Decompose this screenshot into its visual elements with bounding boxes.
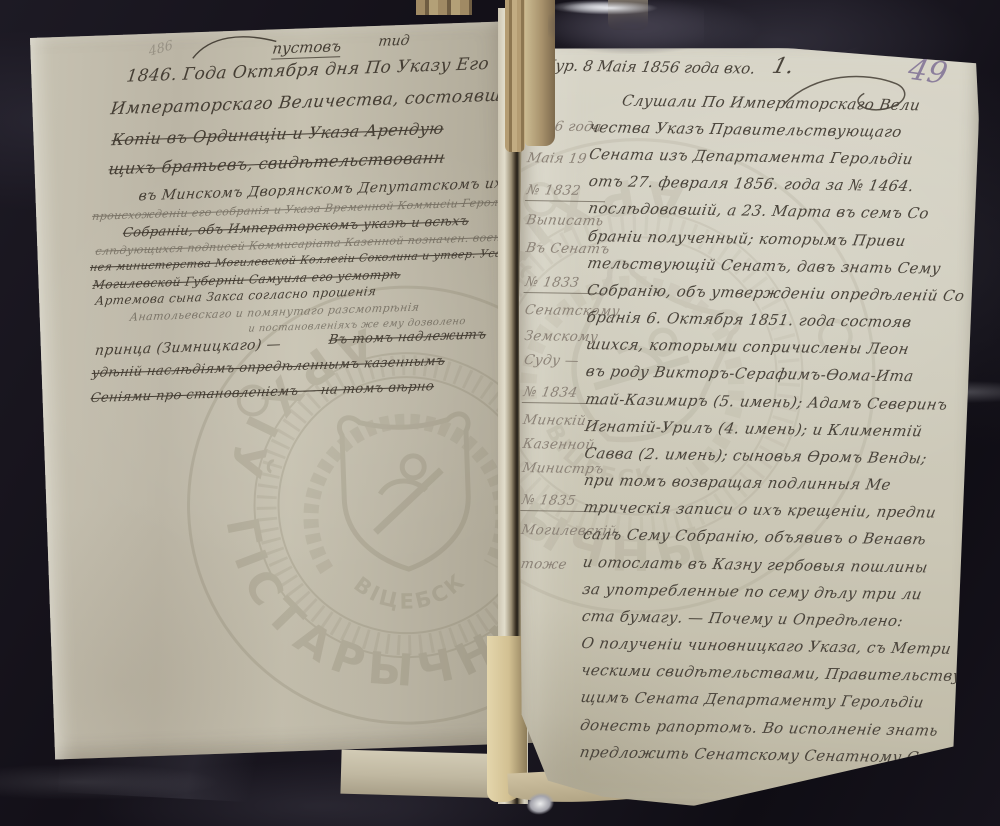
page-edges-gutter-top: [505, 0, 525, 152]
top-note-text: пустовъ: [271, 37, 342, 59]
manuscript-line: чества Указъ Правительствующаго: [588, 120, 903, 140]
right-manuscript-page: АРХІЎ ГІСТАРЫЧНЫ ВІЦЕБСК Жур. 8 Маія 185…: [511, 44, 980, 813]
manuscript-line: тай-Казимиръ (5. имень); Адамъ Северинъ: [584, 392, 949, 413]
underlying-page-corner: [340, 750, 509, 799]
manuscript-line: браніи полученный; которымъ Приви: [587, 229, 907, 249]
manuscript-line: Сеніями про становленіемъ — на томъ вѣрн…: [90, 380, 435, 405]
manuscript-line: принца (Зимницкаго) —: [94, 337, 282, 358]
left-page-top-note: пустовъ: [271, 37, 342, 57]
manuscript-line: щихъ братьевъ, свидѣтельствованн: [108, 150, 446, 178]
journal-header: Жур. 8 Маія 1856 года вхо.: [537, 56, 757, 77]
left-manuscript-page: АРХІЎ ГІСТАРЫЧНЫ ВІЦЕБСК 486 пустовъ тид…: [30, 21, 536, 759]
manuscript-line: послѣдовавшій, а 23. Марта въ семъ Со: [587, 201, 930, 221]
shiny-cloth-crumple: [548, 0, 704, 54]
manuscript-line: Игнатій-Урилъ (4. имень); и Климентій: [584, 419, 924, 439]
manuscript-line: Сената изъ Департамента Герольдіи: [588, 147, 914, 167]
manuscript-line: шихся, которыми сопричислены Леон: [585, 337, 910, 357]
page-edges-top-left: [416, 0, 472, 15]
manuscript-line: тельствующій Сенатъ, давъ знать Сему: [586, 256, 942, 277]
manuscript-line: въ роду Викторъ-Серафимъ-Ѳома-Ита: [585, 364, 915, 384]
manuscript-line: трическія записи о ихъ крещеніи, предпи: [582, 500, 937, 520]
manuscript-line: 1846. Года Октября дня По Указу Его: [125, 56, 490, 86]
manuscript-line: и отослать въ Казну гербовыя пошлины: [582, 555, 929, 575]
header-flourish-left: [188, 29, 281, 60]
manuscript-line: Собранію, объ утвержденіи опредѣленій Со: [586, 283, 966, 304]
manuscript-line: Савва (2. имень); сыновья Ѳромъ Венды;: [583, 446, 928, 466]
manuscript-line: Императорскаго Величества, состоявш: [110, 88, 502, 119]
manuscript-line: Въ томъ надлежитъ: [328, 328, 487, 347]
pencil-folio-note: 486: [148, 38, 174, 60]
manuscript-line: салъ Сему Собранію, объявивъ о Венавѣ: [582, 527, 927, 547]
manuscript-line: ческими свидѣтельствами, Правительствую: [580, 663, 977, 684]
archival-scan-photo: { "page_number": "49", "colors": { "back…: [0, 0, 1000, 826]
manuscript-line: Копіи въ Ординаціи и Указа Арендую: [111, 121, 445, 149]
manuscript-line: отъ 27. февраля 1856. года за № 1464.: [588, 174, 915, 194]
manuscript-line: ста бумагу. — Почему и Опредѣлено:: [581, 609, 905, 629]
manuscript-line: О полученіи чиновницкаго Указа, съ Метри: [580, 636, 952, 657]
manuscript-line: Слушали По Императорскаго Вели: [621, 94, 922, 114]
margin-note: Маія 19: [526, 152, 588, 166]
manuscript-line: за употребленные по сему дѣлу три ли: [581, 582, 923, 602]
margin-note: Минскій: [522, 414, 587, 428]
margin-note: тоже: [520, 558, 568, 572]
metal-clip-reflection: [519, 784, 568, 826]
manuscript-line: удѣній наслѣдіямъ опредѣленнымъ казенным…: [91, 355, 446, 380]
manuscript-line: щимъ Сената Департаменту Герольдіи: [579, 690, 925, 710]
manuscript-line: бранія 6. Октября 1851. года состояв: [585, 310, 912, 330]
margin-note: Суду —: [523, 354, 580, 368]
manuscript-line: донесть рапортомъ. Во исполненіе знать: [579, 718, 939, 739]
left-page-top-note-2: тид: [377, 33, 410, 50]
manuscript-line: при томъ возвращая подлинныя Ме: [583, 473, 892, 493]
